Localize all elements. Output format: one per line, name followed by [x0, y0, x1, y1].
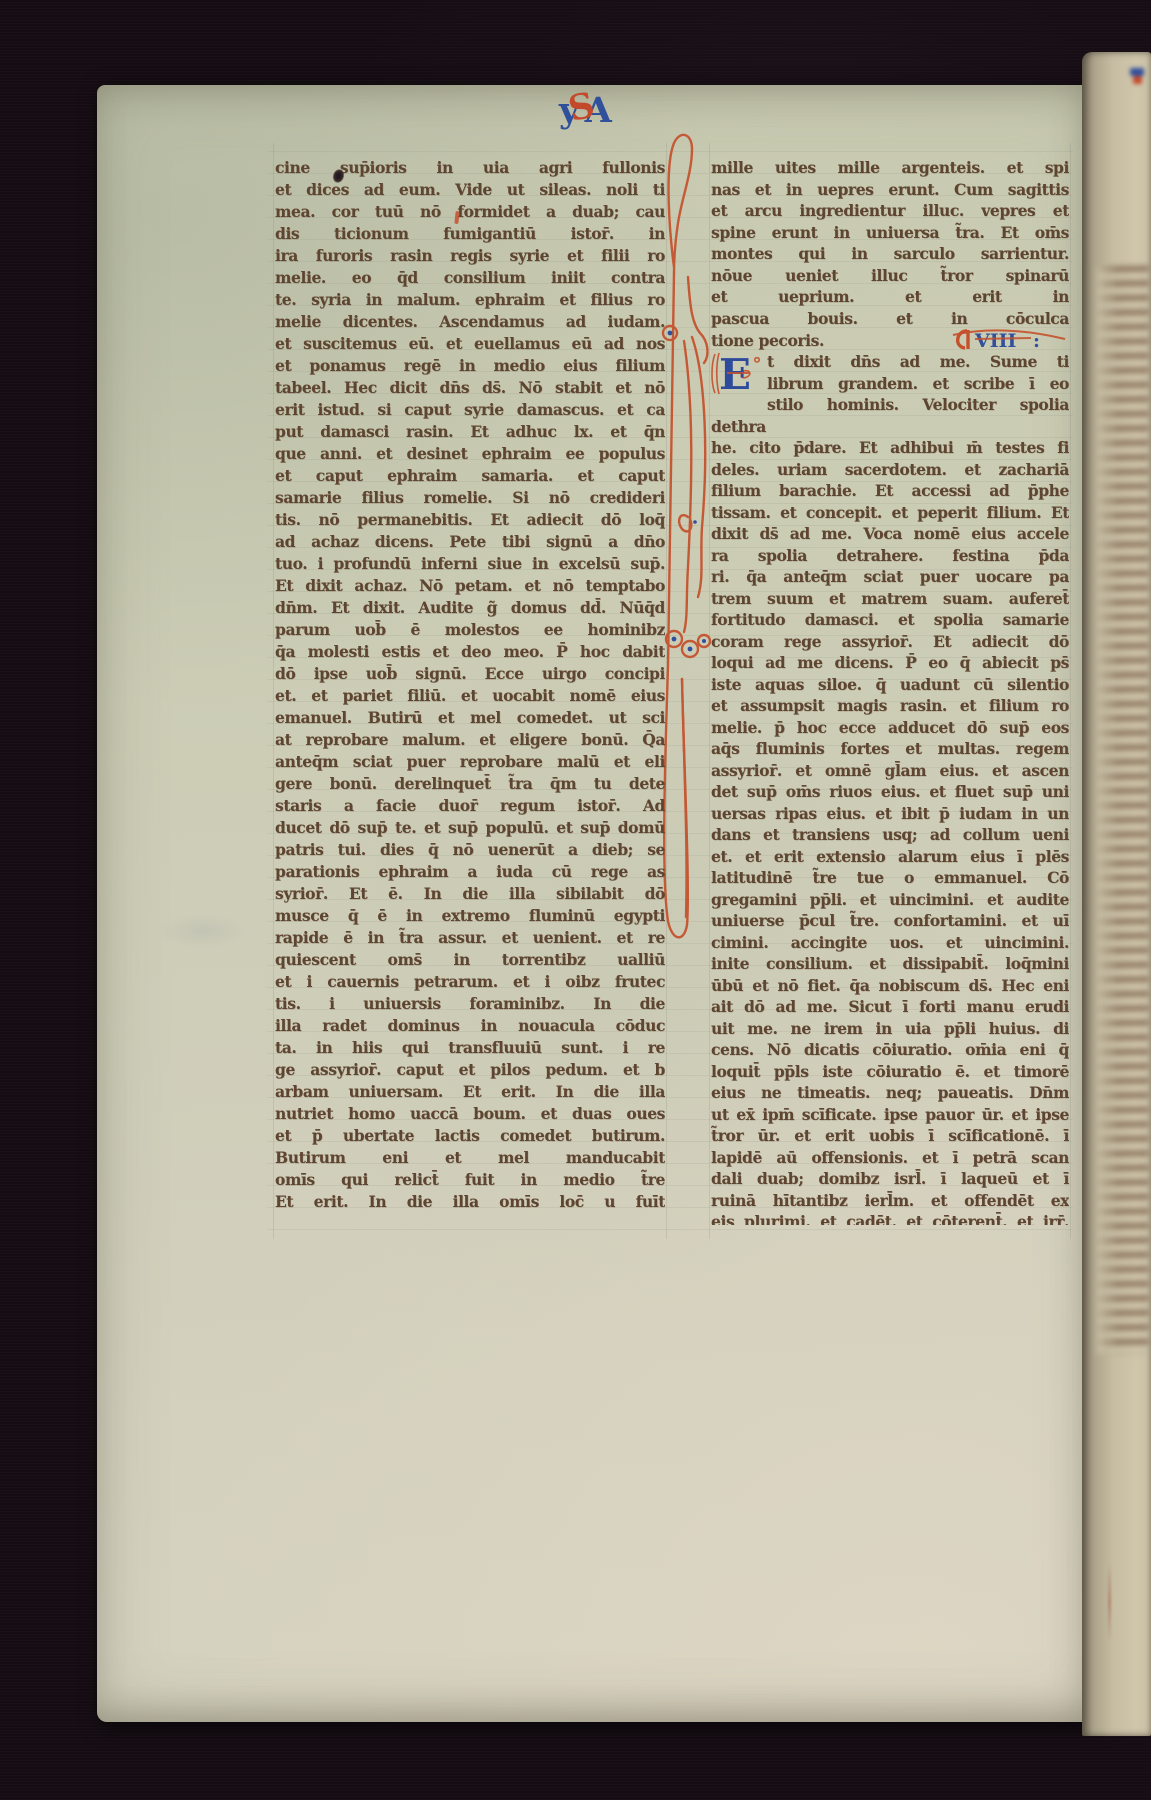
chapter8-block: E t dixit dn̄s ad me. Sume ti librum gra… [711, 351, 1069, 1225]
text-column-right: mille uites mille argenteis. et spi nas … [711, 157, 1069, 1225]
text-column-left: cine sup̄ioris in uia agri fullonis et d… [275, 157, 665, 1219]
chapter8-body-lines: stilo hominis. Velociter spolia dethra h… [711, 394, 1069, 1225]
chapter7-last-words: tione pecoris. [711, 331, 824, 350]
chapter-numeral: VIII [974, 330, 1017, 352]
fore-edge-pages [1082, 52, 1151, 1736]
fore-edge-red-mark [1133, 76, 1142, 84]
chapter-viii-marker: VIII : [951, 327, 1069, 353]
right-column-chapter7-end: mille uites mille argenteis. et spi nas … [711, 157, 1069, 329]
manuscript-photo: ySA [0, 0, 1151, 1800]
fore-edge-blurred-text [1097, 266, 1149, 1355]
chapter-marker-row: tione pecoris. VIII : [711, 329, 1069, 351]
manuscript-page: ySA [97, 85, 1105, 1722]
ruling-vertical-line [273, 143, 274, 1239]
fore-edge-blue-mark [1130, 68, 1144, 76]
chapter8-opening-lines: t dixit dn̄s ad me. Sume ti librum grand… [711, 351, 1069, 394]
ruling-vertical-line [1070, 143, 1071, 1239]
fore-edge-running-title-mark [1130, 68, 1146, 86]
chapter-numeral-colon: : [1033, 330, 1040, 352]
fore-edge-red-streak [1108, 1562, 1111, 1642]
margin-smudge [155, 913, 251, 949]
